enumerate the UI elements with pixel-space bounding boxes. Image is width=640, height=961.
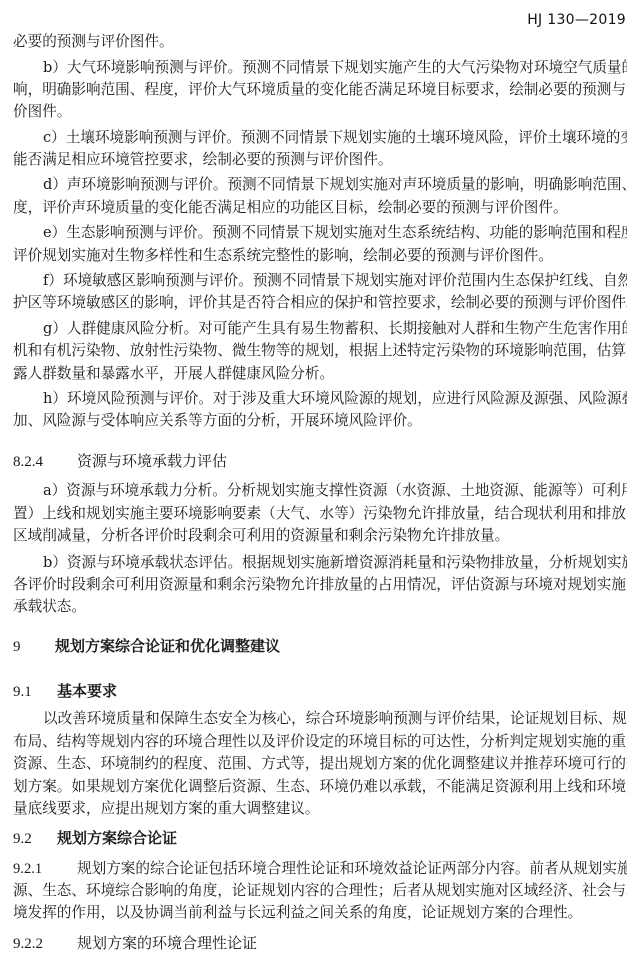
section-heading-9: 9规划方案综合论证和优化调整建议 (13, 637, 280, 656)
section-heading-9-2: 9.2规划方案综合论证 (13, 829, 177, 848)
section-number: 9.2.2 (13, 935, 77, 953)
paragraph-line: 度，评价声环境质量的变化能否满足相应的功能区目标，绘制必要的预测与评价图件。 (13, 199, 627, 217)
item-h-environmental-risk: h）环境风险预测与评价。对于涉及重大环境风险源的规划，应进行风险源及源强、风险源… (43, 390, 627, 408)
paragraph-line: 源、生态、环境综合影响的角度，论证规划内容的合理性；后者从规划实施对区域经济、社… (13, 882, 627, 900)
section-title: 规划方案综合论证 (57, 829, 177, 847)
item-a-carrying-capacity: a）资源与环境承载力分析。分析规划实施支撑性资源（水资源、土地资源、能源等）可利… (43, 482, 627, 500)
paragraph-line: 各评价时段剩余可利用资源量和剩余污染物允许排放量的占用情况，评估资源与环境对规划… (13, 576, 627, 594)
clause-number: 9.2.1 (13, 860, 77, 878)
section-title: 基本要求 (57, 682, 117, 700)
paragraph-line: 机和有机污染物、放射性污染物、微生物等的规划，根据上述特定污染物的环境影响范围，… (13, 342, 627, 360)
section-title: 规划方案的环境合理性论证 (77, 934, 257, 952)
section-heading-9-2-2: 9.2.2规划方案的环境合理性论证 (13, 934, 257, 953)
paragraph-line: 划方案。如果规划方案优化调整后资源、生态、环境仍难以承载，不能满足资源利用上线和… (13, 778, 627, 796)
section-heading-8-2-4: 8.2.4资源与环境承载力评估 (13, 452, 227, 471)
paragraph-line: 响，明确影响范围、程度，评价大气环境质量的变化能否满足环境目标要求，绘制必要的预… (13, 81, 627, 99)
item-b-carrying-state: b）资源与环境承载状态评估。根据规划实施新增资源消耗量和污染物排放量，分析规划实… (43, 554, 627, 572)
paragraph-line: 资源、生态、环境制约的程度、范围、方式等，提出规划方案的优化调整建议并推荐环境可… (13, 755, 627, 773)
clause-text: 规划方案的综合论证包括环境合理性论证和环境效益论证两部分内容。前者从规划实施对资 (77, 860, 627, 877)
paragraph-line: 必要的预测与评价图件。 (13, 33, 627, 51)
section-number: 9.2 (13, 830, 57, 848)
item-g-health-risk: g）人群健康风险分析。对可能产生具有易生物蓄积、长期接触对人群和生物产生危害作用… (43, 320, 627, 338)
paragraph-line: 能否满足相应环境管控要求，绘制必要的预测与评价图件。 (13, 151, 627, 169)
paragraph-line: 境发挥的作用，以及协调当前利益与长远利益之间关系的角度，论证规划方案的合理性。 (13, 904, 627, 922)
paragraph-line: 量底线要求，应提出规划方案的重大调整建议。 (13, 800, 627, 818)
paragraph-line: 置）上线和规划实施主要环境影响要素（大气、水等）污染物允许排放量，结合现状利用和… (13, 505, 627, 523)
item-c-soil: c）土壤环境影响预测与评价。预测不同情景下规划实施的土壤环境风险，评价土壤环境的… (43, 129, 627, 147)
clause-9-2-1: 9.2.1规划方案的综合论证包括环境合理性论证和环境效益论证两部分内容。前者从规… (13, 860, 627, 878)
paragraph-line: 评价规划实施对生物多样性和生态系统完整性的影响，绘制必要的预测与评价图件。 (13, 247, 627, 265)
standard-number-header: HJ 130—2019 (527, 12, 626, 28)
section-number: 9.1 (13, 683, 57, 701)
paragraph-line: 承载状态。 (13, 598, 627, 616)
section-number: 8.2.4 (13, 453, 77, 471)
item-e-ecology: e）生态影响预测与评价。预测不同情景下规划实施对生态系统结构、功能的影响范围和程… (43, 224, 627, 242)
paragraph-line: 露人群数量和暴露水平，开展人群健康风险分析。 (13, 365, 627, 383)
paragraph-line: 加、风险源与受体响应关系等方面的分析，开展环境风险评价。 (13, 412, 627, 430)
item-b-atmosphere: b）大气环境影响预测与评价。预测不同情景下规划实施产生的大气污染物对环境空气质量… (43, 59, 627, 77)
paragraph-line: 布局、结构等规划内容的环境合理性以及评价设定的环境目标的可达性，分析判定规划实施… (13, 733, 627, 751)
item-d-acoustic: d）声环境影响预测与评价。预测不同情景下规划实施对声环境质量的影响，明确影响范围… (43, 176, 627, 194)
section-title: 资源与环境承载力评估 (77, 452, 227, 470)
paragraph-line: 护区等环境敏感区的影响，评价其是否符合相应的保护和管控要求，绘制必要的预测与评价… (13, 294, 627, 312)
paragraph-basic-requirements: 以改善环境质量和保障生态安全为核心，综合环境影响预测与评价结果，论证规划目标、规… (43, 710, 627, 728)
paragraph-line: 价图件。 (13, 103, 627, 121)
paragraph-line: 区域削减量，分析各评价时段剩余可利用的资源量和剩余污染物允许排放量。 (13, 527, 627, 545)
section-title: 规划方案综合论证和优化调整建议 (55, 637, 280, 655)
item-f-sensitive-areas: f）环境敏感区影响预测与评价。预测不同情景下规划实施对评价范围内生态保护红线、自… (43, 272, 627, 290)
section-heading-9-1: 9.1基本要求 (13, 682, 117, 701)
section-number: 9 (13, 638, 55, 656)
